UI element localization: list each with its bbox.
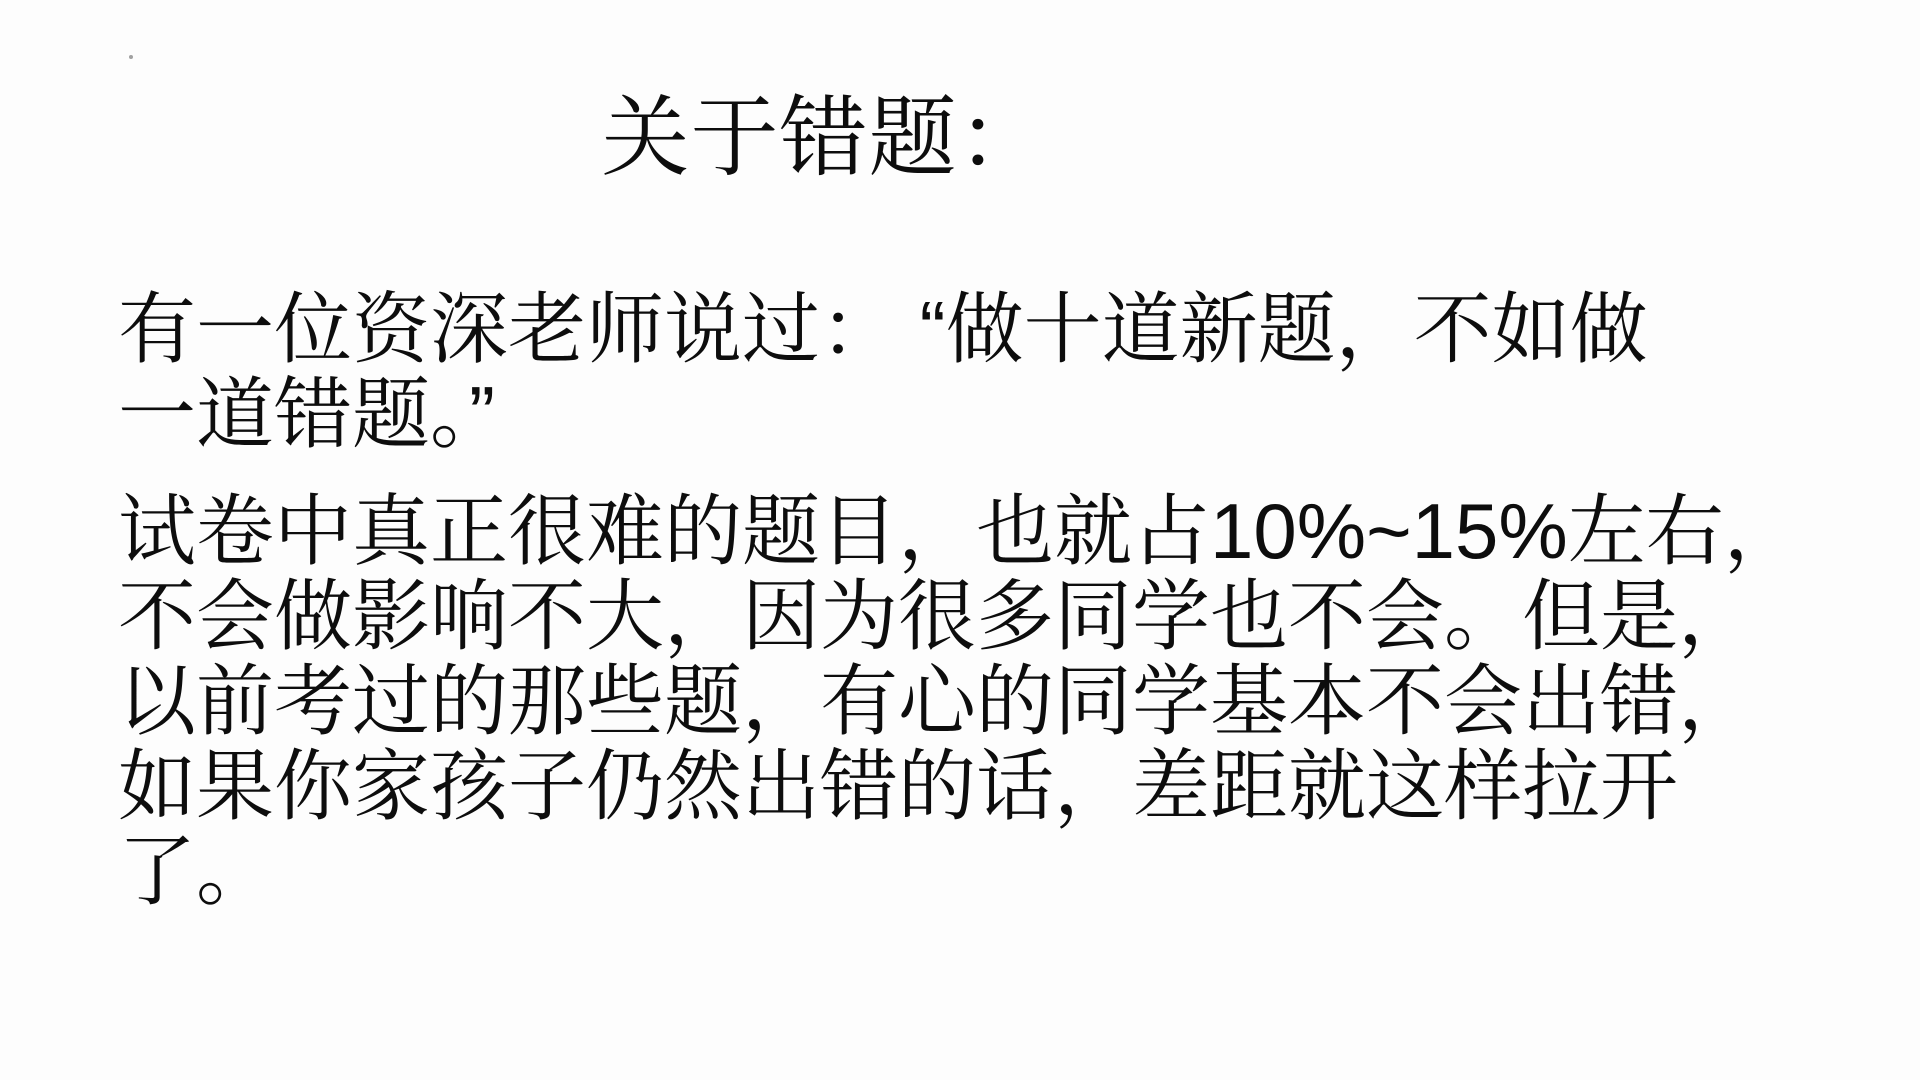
body-line: 一道错题。” xyxy=(118,372,1878,457)
body-line: 试卷中真正很难的题目，也就占10%~15%左右， xyxy=(118,489,1878,574)
slide-body: 有一位资深老师说过： “做十道新题，不如做 一道错题。” 试卷中真正很难的题目，… xyxy=(118,287,1878,914)
paragraph-quote: 有一位资深老师说过： “做十道新题，不如做 一道错题。” xyxy=(118,287,1878,457)
body-line: 了。 xyxy=(118,829,1878,914)
paragraph-explanation: 试卷中真正很难的题目，也就占10%~15%左右， 不会做影响不大，因为很多同学也… xyxy=(118,489,1878,914)
body-line: 以前考过的那些题，有心的同学基本不会出错， xyxy=(118,659,1878,744)
body-line: 有一位资深老师说过： “做十道新题，不如做 xyxy=(118,287,1878,372)
body-line: 如果你家孩子仍然出错的话，差距就这样拉开 xyxy=(118,744,1878,829)
slide: 关于错题： 有一位资深老师说过： “做十道新题，不如做 一道错题。” 试卷中真正… xyxy=(0,0,1920,1080)
stray-dot xyxy=(129,55,133,59)
body-line: 不会做影响不大，因为很多同学也不会。但是， xyxy=(118,574,1878,659)
slide-title: 关于错题： xyxy=(0,88,1648,188)
